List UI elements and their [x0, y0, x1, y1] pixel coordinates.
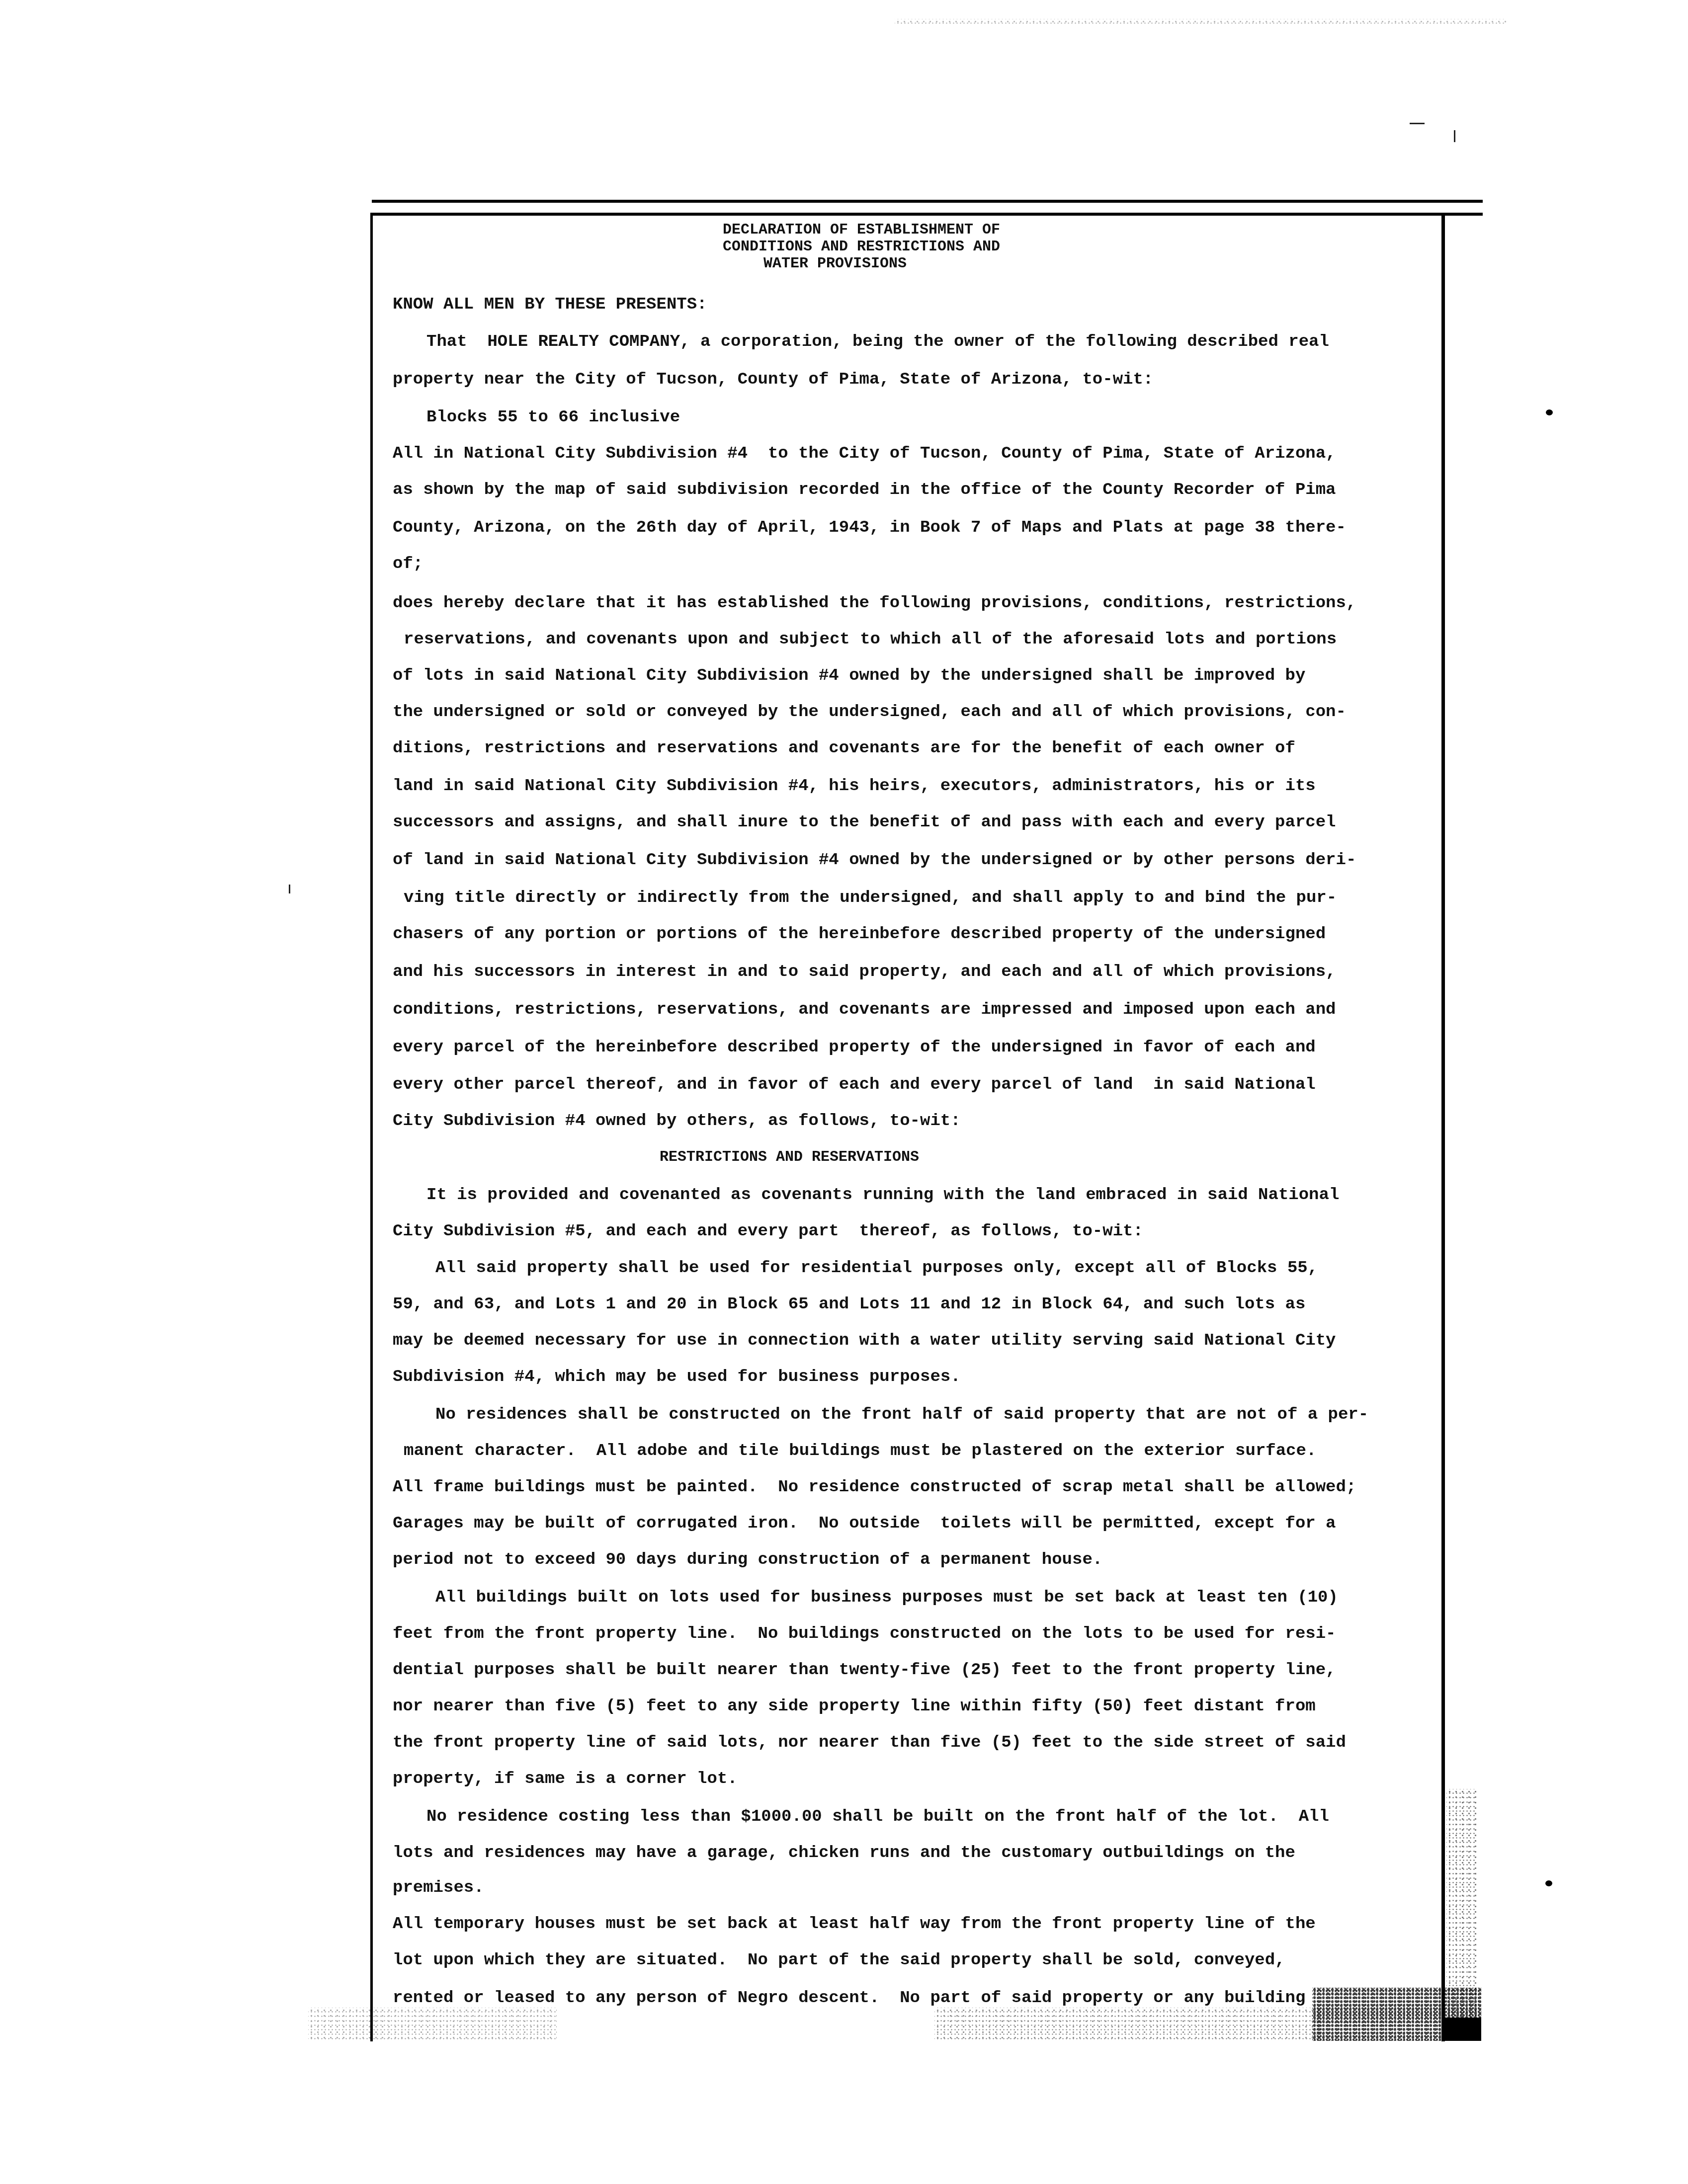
body-line: That HOLE REALTY COMPANY, a corporation,…	[426, 332, 1329, 352]
body-line: as shown by the map of said subdivision …	[393, 480, 1336, 500]
body-line: KNOW ALL MEN BY THESE PRESENTS:	[393, 295, 707, 315]
body-line: Garages may be built of corrugated iron.…	[393, 1514, 1336, 1534]
body-line: of lots in said National City Subdivisio…	[393, 666, 1305, 686]
left-border	[370, 213, 373, 2041]
body-line: No residences shall be constructed on th…	[435, 1405, 1368, 1425]
body-line: City Subdivision #4 owned by others, as …	[393, 1111, 961, 1131]
body-line: of land in said National City Subdivisio…	[393, 850, 1356, 870]
body-line: nor nearer than five (5) feet to any sid…	[393, 1697, 1316, 1716]
bottom-right-dark-block	[1444, 2018, 1481, 2041]
body-line: 59, and 63, and Lots 1 and 20 in Block 6…	[393, 1294, 1305, 1314]
body-line: All frame buildings must be painted. No …	[393, 1477, 1356, 1497]
body-line: chasers of any portion or portions of th…	[393, 924, 1326, 944]
body-line: manent character. All adobe and tile bui…	[404, 1441, 1316, 1461]
body-line: lot upon which they are situated. No par…	[393, 1950, 1285, 1970]
scan-noise-top	[895, 19, 1506, 26]
body-line: ditions, restrictions and reservations a…	[393, 738, 1295, 758]
body-line: feet from the front property line. No bu…	[393, 1624, 1336, 1644]
body-line: land in said National City Subdivision #…	[393, 776, 1316, 796]
body-line: every other parcel thereof, and in favor…	[393, 1075, 1316, 1095]
body-line: All said property shall be used for resi…	[435, 1258, 1318, 1278]
body-line: of;	[393, 554, 423, 574]
section-heading: RESTRICTIONS AND RESERVATIONS	[660, 1147, 919, 1167]
top-rule-inner	[372, 213, 1483, 216]
top-rule-outer	[372, 200, 1483, 203]
title-line-2: CONDITIONS AND RESTRICTIONS AND	[723, 239, 1000, 255]
margin-dot-upper	[1546, 409, 1553, 415]
body-line: Subdivision #4, which may be used for bu…	[393, 1367, 961, 1387]
body-line: property, if same is a corner lot.	[393, 1769, 738, 1789]
body-line: City Subdivision #5, and each and every …	[393, 1221, 1143, 1241]
body-line: All temporary houses must be set back at…	[393, 1914, 1316, 1934]
scan-speck-left	[289, 885, 290, 893]
body-line: and his successors in interest in and to…	[393, 962, 1336, 982]
body-line: ving title directly or indirectly from t…	[404, 888, 1337, 908]
body-line: All buildings built on lots used for bus…	[435, 1588, 1338, 1608]
body-line: No residence costing less than $1000.00 …	[426, 1807, 1329, 1827]
body-line: It is provided and covenanted as covenan…	[426, 1185, 1339, 1205]
body-line: the front property line of said lots, no…	[393, 1733, 1346, 1753]
right-border	[1441, 214, 1445, 2041]
body-line: property near the City of Tucson, County…	[393, 370, 1153, 390]
body-line: dential purposes shall be built nearer t…	[393, 1660, 1336, 1680]
scanned-document-page: DECLARATION OF ESTABLISHMENT OF CONDITIO…	[0, 0, 1688, 2184]
body-line: the undersigned or sold or conveyed by t…	[393, 702, 1346, 722]
body-line: may be deemed necessary for use in conne…	[393, 1331, 1336, 1351]
body-line: successors and assigns, and shall inure …	[393, 812, 1336, 832]
body-line: rented or leased to any person of Negro …	[393, 1988, 1305, 2008]
margin-dot-lower	[1545, 1880, 1552, 1886]
body-line: every parcel of the hereinbefore describ…	[393, 1038, 1316, 1057]
scan-speck-top-right	[1410, 123, 1425, 124]
body-line: does hereby declare that it has establis…	[393, 593, 1356, 613]
title-line-3: WATER PROVISIONS	[763, 255, 907, 272]
body-line: period not to exceed 90 days during cons…	[393, 1550, 1102, 1570]
scan-noise-bottom-left	[308, 2008, 557, 2040]
body-line: reservations, and covenants upon and sub…	[404, 630, 1337, 649]
scan-speck-top-right-2	[1454, 130, 1455, 142]
body-line: premises.	[393, 1878, 484, 1898]
body-line: County, Arizona, on the 26th day of Apri…	[393, 518, 1346, 538]
body-line: All in National City Subdivision #4 to t…	[393, 444, 1336, 464]
title-line-1: DECLARATION OF ESTABLISHMENT OF	[723, 222, 1000, 239]
body-line: lots and residences may have a garage, c…	[393, 1843, 1295, 1863]
scan-noise-bottom-middle	[934, 2008, 1322, 2040]
body-line: conditions, restrictions, reservations, …	[393, 1000, 1336, 1020]
body-line: Blocks 55 to 66 inclusive	[426, 407, 680, 427]
